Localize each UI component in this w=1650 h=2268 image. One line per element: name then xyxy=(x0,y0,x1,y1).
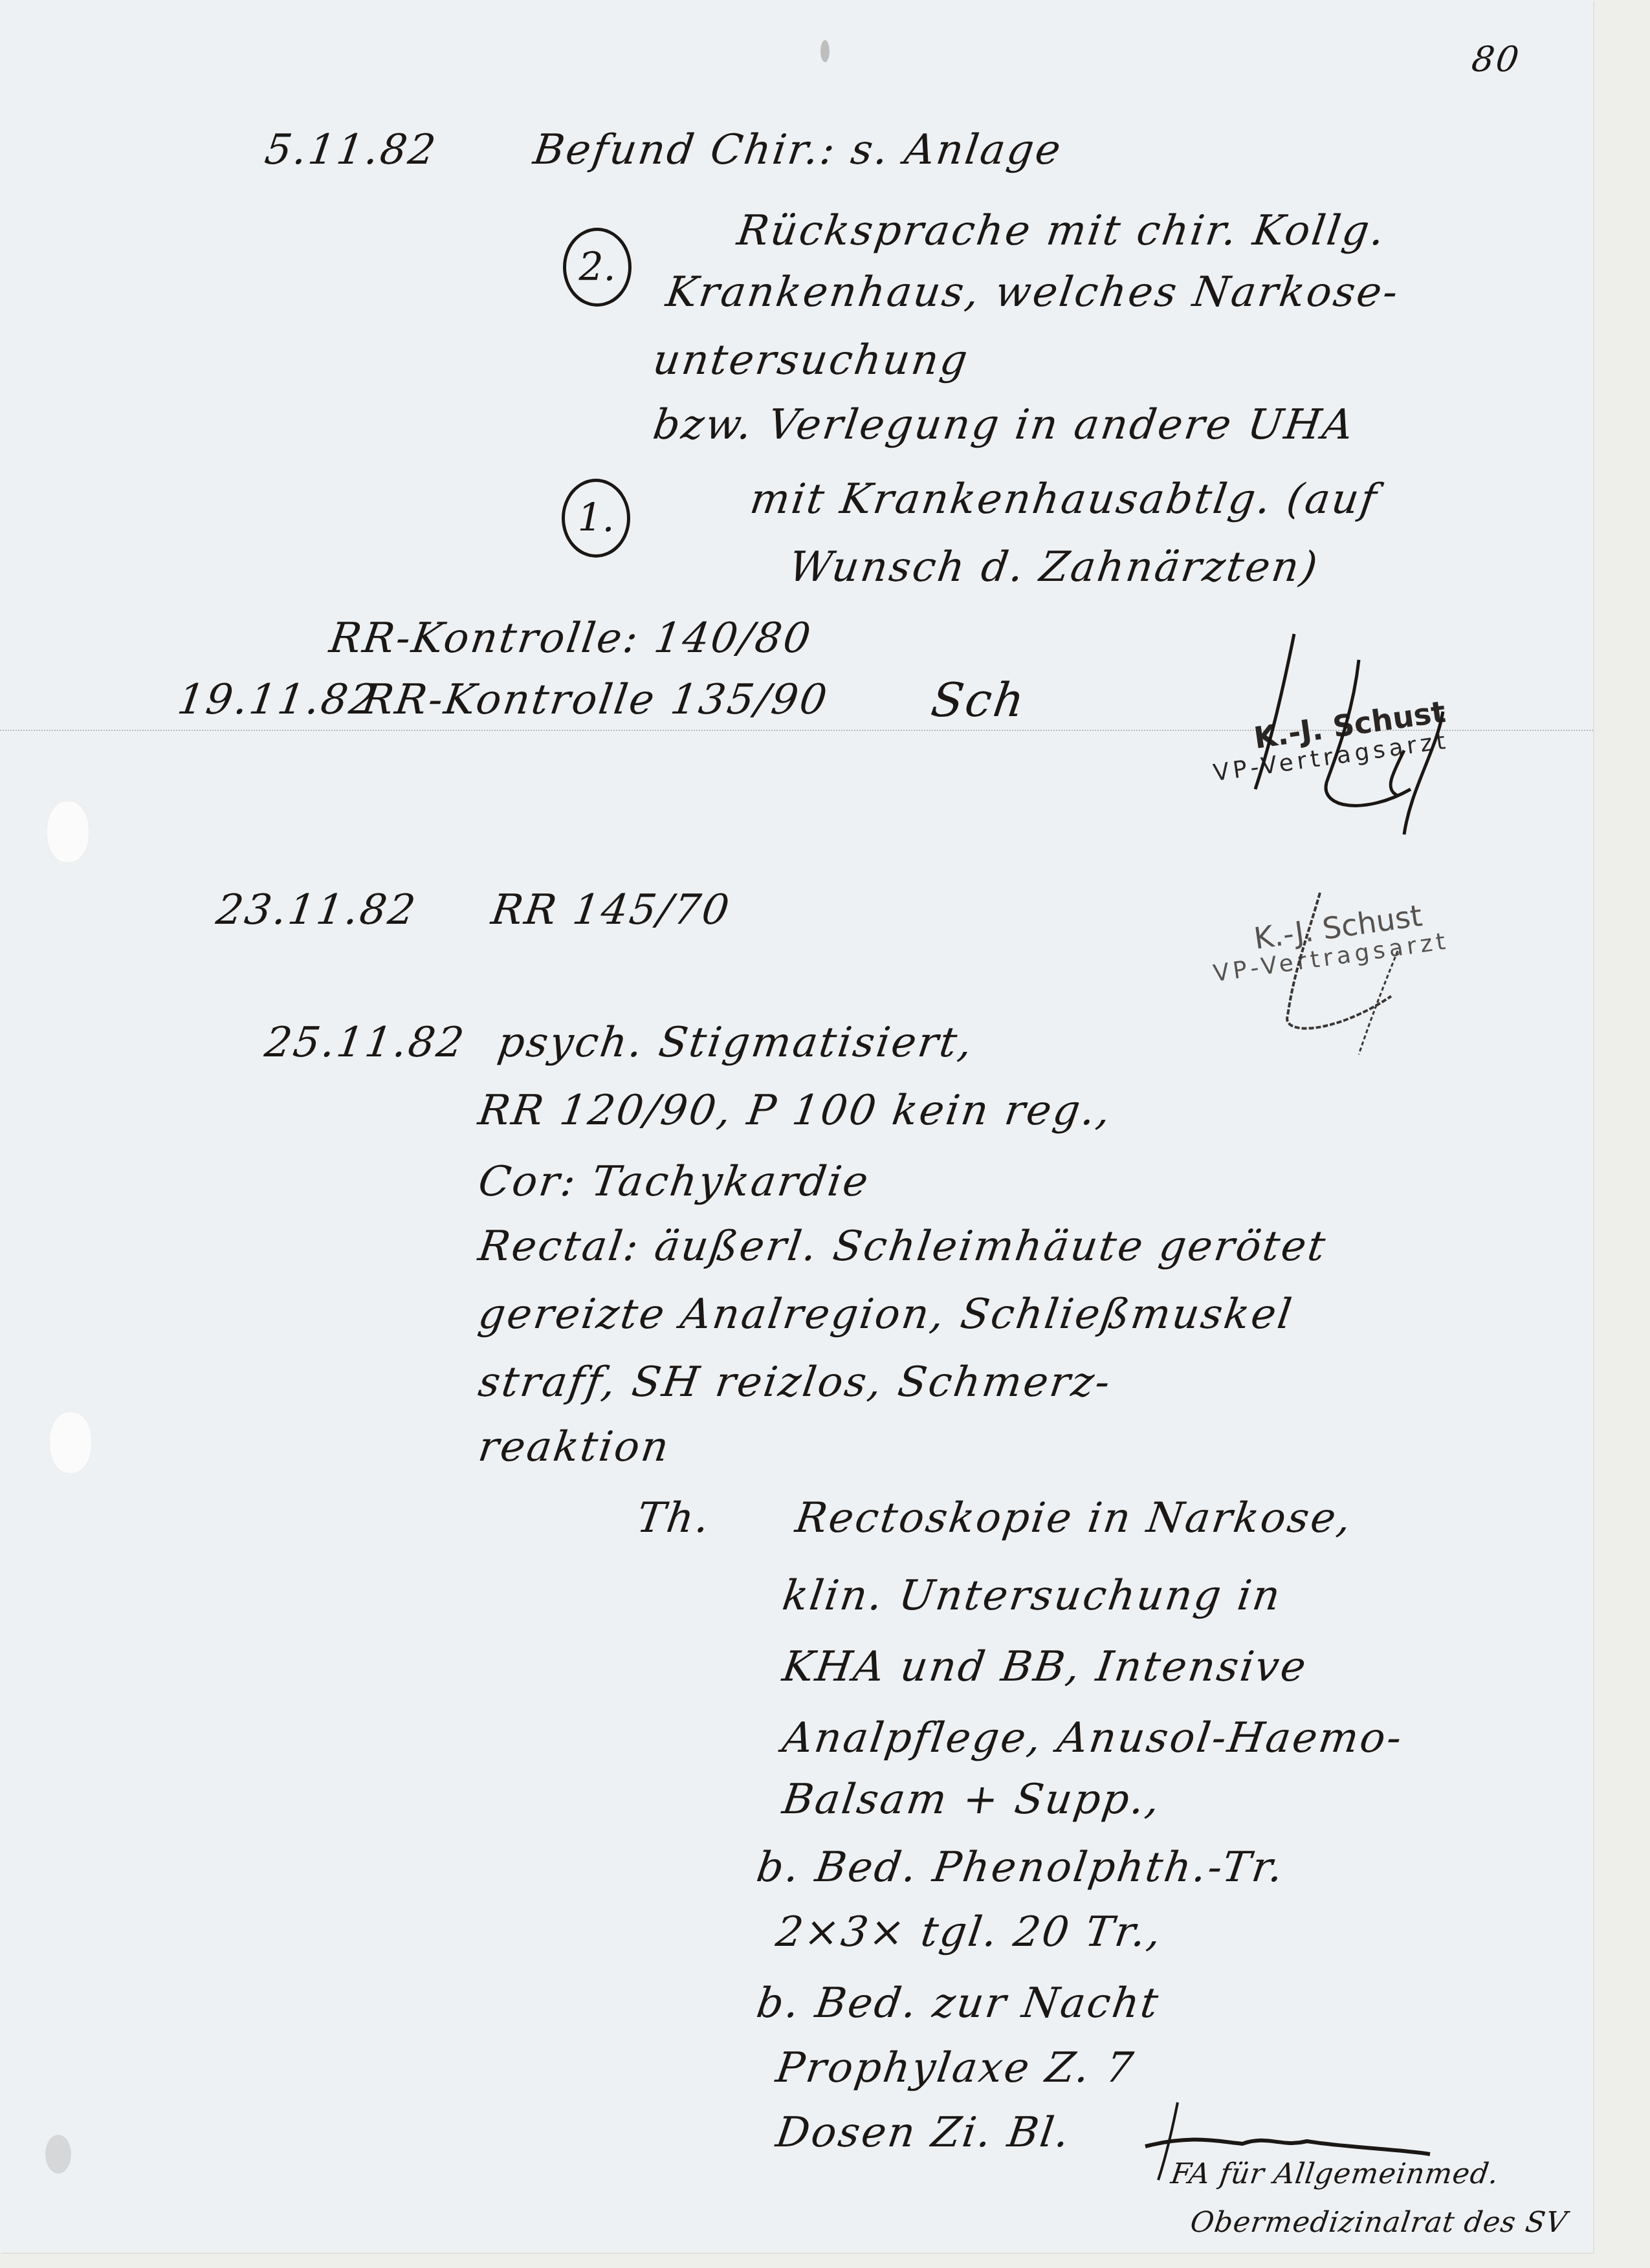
initials: Sch xyxy=(928,673,1029,727)
entry-line: RR-Kontrolle: 140/80 xyxy=(327,615,815,662)
therapy-line: b. Bed. Phenolphth.-Tr. xyxy=(754,1844,1288,1892)
therapy-line: 2×3× tgl. 20 Tr., xyxy=(773,1908,1166,1956)
entry-line: reaktion xyxy=(476,1423,674,1471)
punch-hole xyxy=(47,801,89,863)
entry-line: Rücksprache mit chir. Kollg. xyxy=(734,207,1389,255)
entry-line: Krankenhaus, welches Narkose- xyxy=(663,268,1403,316)
entry-line: Cor: Tachykardie xyxy=(476,1158,873,1206)
entry-line: Wunsch d. Zahnärzten) xyxy=(786,543,1322,591)
therapy-line: Rectoskopie in Narkose, xyxy=(793,1494,1356,1542)
entry-line: gereizte Analregion, Schließmuskel xyxy=(476,1291,1297,1338)
page-number: 80 xyxy=(1469,39,1524,80)
entry-line: Rectal: äußerl. Schleimhäute gerötet xyxy=(476,1223,1330,1270)
priority-marker-2: 2. xyxy=(563,228,632,307)
entry-line: RR 145/70 xyxy=(489,886,734,934)
entry-line: Befund Chir.: s. Anlage xyxy=(531,126,1066,174)
entry-date: 25.11.82 xyxy=(262,1019,468,1067)
therapy-label: Th. xyxy=(634,1494,714,1542)
therapy-line: KHA und BB, Intensive xyxy=(780,1643,1311,1691)
entry-line: untersuchung xyxy=(650,336,973,384)
smudge-mark xyxy=(45,2135,71,2174)
therapy-line: Analpflege, Anusol-Haemo- xyxy=(780,1714,1407,1762)
entry-date: 19.11.82 xyxy=(175,676,381,724)
entry-line: psych. Stigmatisiert, xyxy=(495,1019,977,1067)
entry-line: RR 120/90, P 100 kein reg., xyxy=(476,1087,1116,1135)
entry-line: straff, SH reizlos, Schmerz- xyxy=(476,1358,1115,1406)
signature-title: FA für Allgemeinmed. xyxy=(1169,2157,1501,2190)
signature-title: Obermedizinalrat des SV xyxy=(1188,2206,1569,2239)
therapy-line: b. Bed. zur Nacht xyxy=(754,1979,1163,2027)
therapy-line: Prophylaxe Z. 7 xyxy=(773,2044,1138,2092)
signature xyxy=(1242,621,1475,867)
entry-date: 23.11.82 xyxy=(214,886,420,934)
therapy-line: Balsam + Supp., xyxy=(780,1776,1165,1824)
entry-date: 5.11.82 xyxy=(262,126,441,174)
priority-marker-1: 1. xyxy=(562,479,630,558)
document-page: 80 5.11.82 Befund Chir.: s. Anlage Rücks… xyxy=(0,0,1593,2252)
entry-line: bzw. Verlegung in andere UHA xyxy=(650,401,1358,449)
therapy-line: Dosen Zi. Bl. xyxy=(773,2109,1074,2157)
entry-line: RR-Kontrolle 135/90 xyxy=(359,676,831,724)
signature xyxy=(1216,886,1411,1054)
therapy-line: klin. Untersuchung in xyxy=(780,1572,1285,1620)
punch-hole xyxy=(49,1412,92,1474)
entry-line: mit Krankenhausabtlg. (auf xyxy=(747,475,1381,523)
smudge-mark xyxy=(820,40,830,62)
